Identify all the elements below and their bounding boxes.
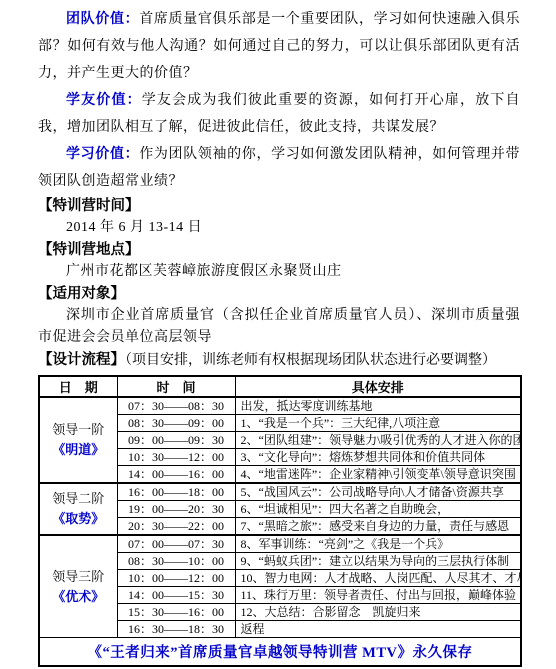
time-cell: 09：00——09：30 xyxy=(117,432,235,449)
team-value-paragraph: 团队价值：首席质量官俱乐部是一个重要团队，学习如何快速融入俱乐部？如何有效与他人… xyxy=(38,6,520,87)
time-cell: 08：30——09：00 xyxy=(117,415,235,432)
time-cell: 19：00——20：30 xyxy=(117,501,235,518)
activity-cell: 10、智力电网：人才战略、人岗匹配、人尽其才、才尽其能 xyxy=(235,570,521,587)
table-row: 领导三阶 《优术》 07：00——07：30 8、军事训练：“亮剑”之《我是一个… xyxy=(39,535,521,553)
stage-cell: 领导三阶 《优术》 xyxy=(39,535,117,638)
camp-time-heading: 【特训营时间】 xyxy=(38,195,520,217)
table-header-row: 日 期 时 间 具体安排 xyxy=(39,376,521,397)
stage-cell: 领导一阶 《明道》 xyxy=(39,397,117,483)
date-column-header: 日 期 xyxy=(39,376,117,397)
table-row: 领导二阶 《取势》 16：00——18：00 5、“战国风云”：公司战略导向\人… xyxy=(39,483,521,501)
time-cell: 07：00——07：30 xyxy=(117,535,235,553)
table-footer-row: 《“王者归来”首席质量官卓越领导特训营 MTV》永久保存 xyxy=(39,638,521,666)
time-column-header: 时 间 xyxy=(117,376,235,397)
activity-cell: 6、“坦诚相见”：四大名著之自助晚会， xyxy=(235,501,521,518)
stage-title: 《优术》 xyxy=(40,587,117,607)
stage-name: 领导二阶 xyxy=(40,489,117,509)
activity-cell: 11、珠行万里：领导者责任、付出与回报，巅峰体验 xyxy=(235,587,521,604)
stage-name: 领导三阶 xyxy=(40,567,117,587)
activity-cell: 3、“文化导向”：熔炼梦想共同体和价值共同体 xyxy=(235,449,521,466)
time-cell: 14：00——16：00 xyxy=(117,466,235,484)
stage-title: 《明道》 xyxy=(40,440,117,460)
activity-cell: 返程 xyxy=(235,621,521,638)
time-cell: 08：30——10：00 xyxy=(117,553,235,570)
team-value-label: 团队价值： xyxy=(66,12,139,27)
time-cell: 14：00——15：30 xyxy=(117,587,235,604)
time-cell: 16：30——18：30 xyxy=(117,621,235,638)
learning-value-label: 学习价值： xyxy=(66,147,139,162)
time-cell: 16：00——18：00 xyxy=(117,483,235,501)
schedule-table: 日 期 时 间 具体安排 领导一阶 《明道》 07：30——08：30 出发，抵… xyxy=(38,375,522,667)
time-cell: 15：30——16：00 xyxy=(117,604,235,621)
activity-cell: 出发，抵达零度训练基地 xyxy=(235,397,521,415)
stage-title: 《取势》 xyxy=(40,509,117,529)
peer-value-label: 学友价值： xyxy=(66,93,142,108)
time-cell: 10：30——12：00 xyxy=(117,449,235,466)
activity-cell: 2、“团队组建”：领导魅力\吸引优秀的人才进入你的团队 xyxy=(235,432,521,449)
activity-cell: 8、军事训练：“亮剑”之《我是一个兵》 xyxy=(235,535,521,553)
activity-cell: 12、大总结：合影留念 凯旋归来 xyxy=(235,604,521,621)
stage-cell: 领导二阶 《取势》 xyxy=(39,483,117,535)
design-flow-heading: 【设计流程】（项目安排，训练老师有权根据现场团队状态进行必要调整） xyxy=(38,349,520,372)
activity-cell: 1、“我是一个兵”：三大纪律,八项注意 xyxy=(235,415,521,432)
activity-cell: 7、“黑暗之旅”：感受来自身边的力量，责任与感恩 xyxy=(235,518,521,536)
design-flow-heading-label: 【设计流程】 xyxy=(38,352,125,368)
activity-cell: 5、“战国风云”：公司战略导向\人才储备\资源共享 xyxy=(235,483,521,501)
target-audience-value: 深圳市企业首席质量官（含拟任企业首席质量官人员）、深圳市质量强市促进会会员单位高… xyxy=(38,305,520,349)
peer-value-paragraph: 学友价值：学友会成为我们彼此重要的资源，如何打开心扉，放下自我，增加团队相互了解… xyxy=(38,87,520,141)
activity-cell: 9、“蚂蚁兵团”：建立以结果为导向的三层执行体制 xyxy=(235,553,521,570)
mtv-footer-note: 《“王者归来”首席质量官卓越领导特训营 MTV》永久保存 xyxy=(39,638,521,666)
time-cell: 07：30——08：30 xyxy=(117,397,235,415)
camp-time-value: 2014 年 6 月 13-14 日 xyxy=(38,217,520,239)
learning-value-paragraph: 学习价值：作为团队领袖的你，学习如何激发团队精神，如何管理并带领团队创造超常业绩… xyxy=(38,141,520,195)
time-cell: 20：30——22：00 xyxy=(117,518,235,536)
activity-cell: 4、“地雷迷阵”：企业家精神\引领变革\领导意识突围 xyxy=(235,466,521,484)
document-page: 团队价值：首席质量官俱乐部是一个重要团队，学习如何快速融入俱乐部？如何有效与他人… xyxy=(0,0,556,669)
camp-location-heading: 【特训营地点】 xyxy=(38,239,520,261)
design-flow-note: （项目安排，训练老师有权根据现场团队状态进行必要调整） xyxy=(125,353,496,368)
stage-name: 领导一阶 xyxy=(40,420,117,440)
target-audience-heading: 【适用对象】 xyxy=(38,283,520,305)
table-row: 领导一阶 《明道》 07：30——08：30 出发，抵达零度训练基地 xyxy=(39,397,521,415)
activity-column-header: 具体安排 xyxy=(235,376,521,397)
camp-location-value: 广州市花都区芙蓉嶂旅游度假区永聚贤山庄 xyxy=(38,261,520,283)
time-cell: 10：00——12：00 xyxy=(117,570,235,587)
